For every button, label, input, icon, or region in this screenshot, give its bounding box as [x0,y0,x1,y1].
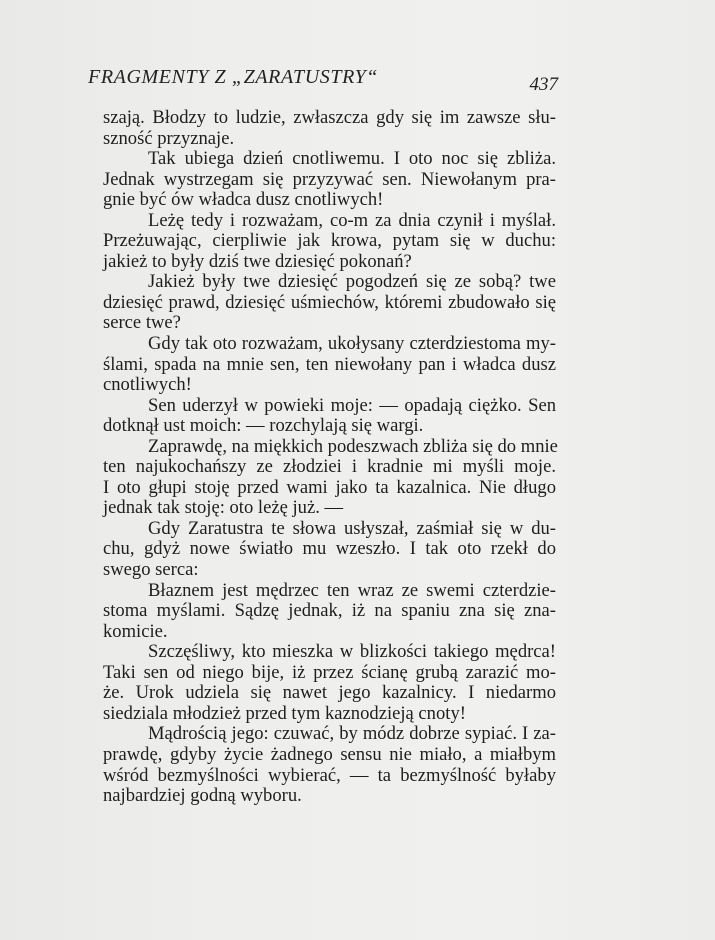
text-line: szają. Błodzy to ludzie, zwłaszcza gdy s… [103,108,556,129]
text-line: siedziala młodzież przed tym kaznodzieją… [103,704,556,725]
text-line: Zaprawdę, na miękkich podeszwach zbliża … [103,437,556,458]
text-line: Przeżuwając, cierpliwie jak krowa, pytam… [103,231,556,252]
text-line: Tak ubiega dzień cnotliwemu. I oto noc s… [103,149,556,170]
text-line: Gdy tak oto rozważam, ukołysany czterdzi… [103,334,556,355]
paragraph: Gdy tak oto rozważam, ukołysany czterdzi… [103,334,556,396]
paragraph: Gdy Zaratustra te słowa usłyszał, zaśmia… [103,519,556,581]
paragraph: Mądrością jego: czuwać, by módz dobrze s… [103,724,556,806]
page-number: 437 [530,74,559,96]
text-line: swego serca: [103,560,556,581]
text-line: Jakież były twe dziesięć pogodzeń się ze… [103,272,556,293]
text-line: że. Urok udziela się nawet jego kazalnic… [103,683,556,704]
text-line: Leżę tedy i rozważam, co-m za dnia czyni… [103,211,556,232]
text-line: gnie być ów władca dusz cnotliwych! [103,190,556,211]
text-line: Gdy Zaratustra te słowa usłyszał, zaśmia… [103,519,556,540]
text-line: Jednak wystrzegam się przyzywać sen. Nie… [103,170,556,191]
text-line: Mądrością jego: czuwać, by módz dobrze s… [103,724,556,745]
text-line: dziesięć prawd, dziesięć uśmiechów, któr… [103,293,556,314]
text-line: Sen uderzył w powieki moje: — opadają ci… [103,396,556,417]
text-line: jakież to były dziś twe dziesięć pokonań… [103,252,556,273]
paragraph: szają. Błodzy to ludzie, zwłaszcza gdy s… [103,108,556,149]
text-line: stoma myślami. Sądzę jednak, iż na spani… [103,601,556,622]
text-line: jednak tak stoję: oto leżę już. — [103,498,556,519]
running-head: FRAGMENTY Z „ZARATUSTRY“ 437 [88,66,558,92]
text-line: najbardziej godną wyboru. [103,786,556,807]
running-title: FRAGMENTY Z „ZARATUSTRY“ [88,66,378,89]
book-page: FRAGMENTY Z „ZARATUSTRY“ 437 szają. Błod… [0,0,715,940]
text-line: szność przyznaje. [103,129,556,150]
paragraph: Sen uderzył w powieki moje: — opadają ci… [103,396,556,437]
text-line: Błaznem jest mędrzec ten wraz ze swemi c… [103,581,556,602]
body-text: szają. Błodzy to ludzie, zwłaszcza gdy s… [103,108,556,807]
text-line: Szczęśliwy, kto mieszka w blizkości taki… [103,642,556,663]
text-line: prawdę, gdyby życie żadnego sensu nie mi… [103,745,556,766]
text-line: I oto głupi stoję przed wami jako ta kaz… [103,478,556,499]
text-line: chu, gdyż nowe światło mu wzeszło. I tak… [103,539,556,560]
paragraph: Szczęśliwy, kto mieszka w blizkości taki… [103,642,556,724]
paragraph: Błaznem jest mędrzec ten wraz ze swemi c… [103,581,556,643]
text-line: wśród bezmyślności wybierać, — ta bezmyś… [103,766,556,787]
paragraph: Jakież były twe dziesięć pogodzeń się ze… [103,272,556,334]
paragraph: Tak ubiega dzień cnotliwemu. I oto noc s… [103,149,556,211]
text-line: ślami, spada na mnie sen, ten niewołany … [103,355,556,376]
text-line: ten najukochańszy ze złodziei i kradnie … [103,457,556,478]
text-line: Taki sen od niego bije, iż przez ścianę … [103,663,556,684]
paragraph: Zaprawdę, na miękkich podeszwach zbliża … [103,437,556,519]
text-line: dotknął ust moich: — rozchylają się warg… [103,416,556,437]
text-line: komicie. [103,622,556,643]
text-line: cnotliwych! [103,375,556,396]
text-line: serce twe? [103,313,556,334]
paragraph: Leżę tedy i rozważam, co-m za dnia czyni… [103,211,556,273]
